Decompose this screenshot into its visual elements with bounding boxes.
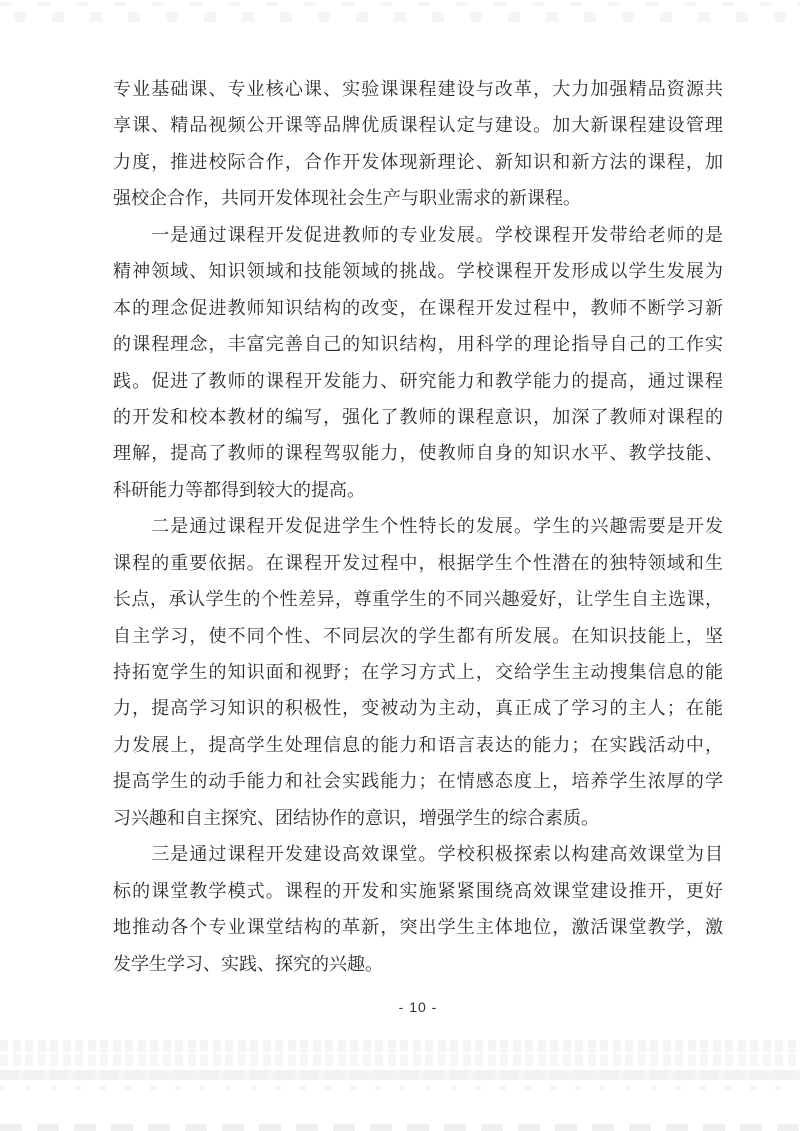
text-line: 发学生学习、实践、探究的兴趣。	[113, 946, 723, 982]
text-line: 享课、精品视频公开课等品牌优质课程认定与建设。加大新课程建设管理	[113, 107, 723, 143]
document-text: 专业基础课、专业核心课、实验课课程建设与改革，大力加强精品资源共享课、精品视频公…	[113, 71, 723, 982]
text-line: 一是通过课程开发促进教师的专业发展。学校课程开发带给老师的是	[113, 217, 723, 253]
scan-artifact-bottom-row1	[0, 1040, 800, 1052]
text-line: 专业基础课、专业核心课、实验课课程建设与改革，大力加强精品资源共	[113, 71, 723, 107]
text-line: 习兴趣和自主探究、团结协作的意识，增强学生的综合素质。	[113, 800, 723, 836]
text-line: 力发展上，提高学生处理信息的能力和语言表达的能力；在实践活动中，	[113, 727, 723, 763]
text-line: 课程的重要依据。在课程开发过程中，根据学生个性潜在的独特领域和生	[113, 545, 723, 581]
text-line: 本的理念促进教师知识结构的改变，在课程开发过程中，教师不断学习新	[113, 290, 723, 326]
text-line: 精神领域、知识领域和技能领域的挑战。学校课程开发形成以学生发展为	[113, 253, 723, 289]
text-line: 持拓宽学生的知识面和视野；在学习方式上，交给学生主动搜集信息的能	[113, 654, 723, 690]
text-line: 提高学生的动手能力和社会实践能力；在情感态度上，培养学生浓厚的学	[113, 763, 723, 799]
text-line: 强校企合作，共同开发体现社会生产与职业需求的新课程。	[113, 180, 723, 216]
text-line: 的课程理念，丰富完善自己的知识结构，用科学的理论指导自己的工作实	[113, 326, 723, 362]
scan-artifact-top-squares	[0, 12, 800, 22]
scan-artifact-bottom-band	[0, 1070, 800, 1080]
text-line: 地推动各个专业课堂结构的革新，突出学生主体地位，激活课堂教学，激	[113, 909, 723, 945]
text-line: 长点，承认学生的个性差异，尊重学生的不同兴趣爱好，让学生自主选课，	[113, 581, 723, 617]
text-line: 力，提高学习知识的积极性，变被动为主动，真正成了学习的主人；在能	[113, 690, 723, 726]
page-number: - 10 -	[113, 999, 723, 1015]
scan-artifact-top-dashes	[0, 2, 800, 6]
scan-artifact-bottom-dashes	[0, 1124, 800, 1131]
scan-artifact-bottom-row2	[0, 1054, 800, 1066]
text-line: 的开发和校本教材的编写，强化了教师的课程意识，加深了教师对课程的	[113, 399, 723, 435]
text-line: 践。促进了教师的课程开发能力、研究能力和教学能力的提高，通过课程	[113, 363, 723, 399]
text-line: 标的课堂教学模式。课程的开发和实施紧紧围绕高效课堂建设推开，更好	[113, 873, 723, 909]
scan-artifact-bottom-dots	[0, 1086, 800, 1090]
text-line: 自主学习，使不同个性、不同层次的学生都有所发展。在知识技能上，坚	[113, 618, 723, 654]
document-page: 专业基础课、专业核心课、实验课课程建设与改革，大力加强精品资源共享课、精品视频公…	[0, 0, 800, 1131]
text-line: 力度，推进校际合作，合作开发体现新理论、新知识和新方法的课程，加	[113, 144, 723, 180]
text-line: 二是通过课程开发促进学生个性特长的发展。学生的兴趣需要是开发	[113, 508, 723, 544]
text-line: 科研能力等都得到较大的提高。	[113, 472, 723, 508]
text-line: 理解，提高了教师的课程驾驭能力，使教师自身的知识水平、教学技能、	[113, 435, 723, 471]
text-line: 三是通过课程开发建设高效课堂。学校积极探索以构建高效课堂为目	[113, 836, 723, 872]
